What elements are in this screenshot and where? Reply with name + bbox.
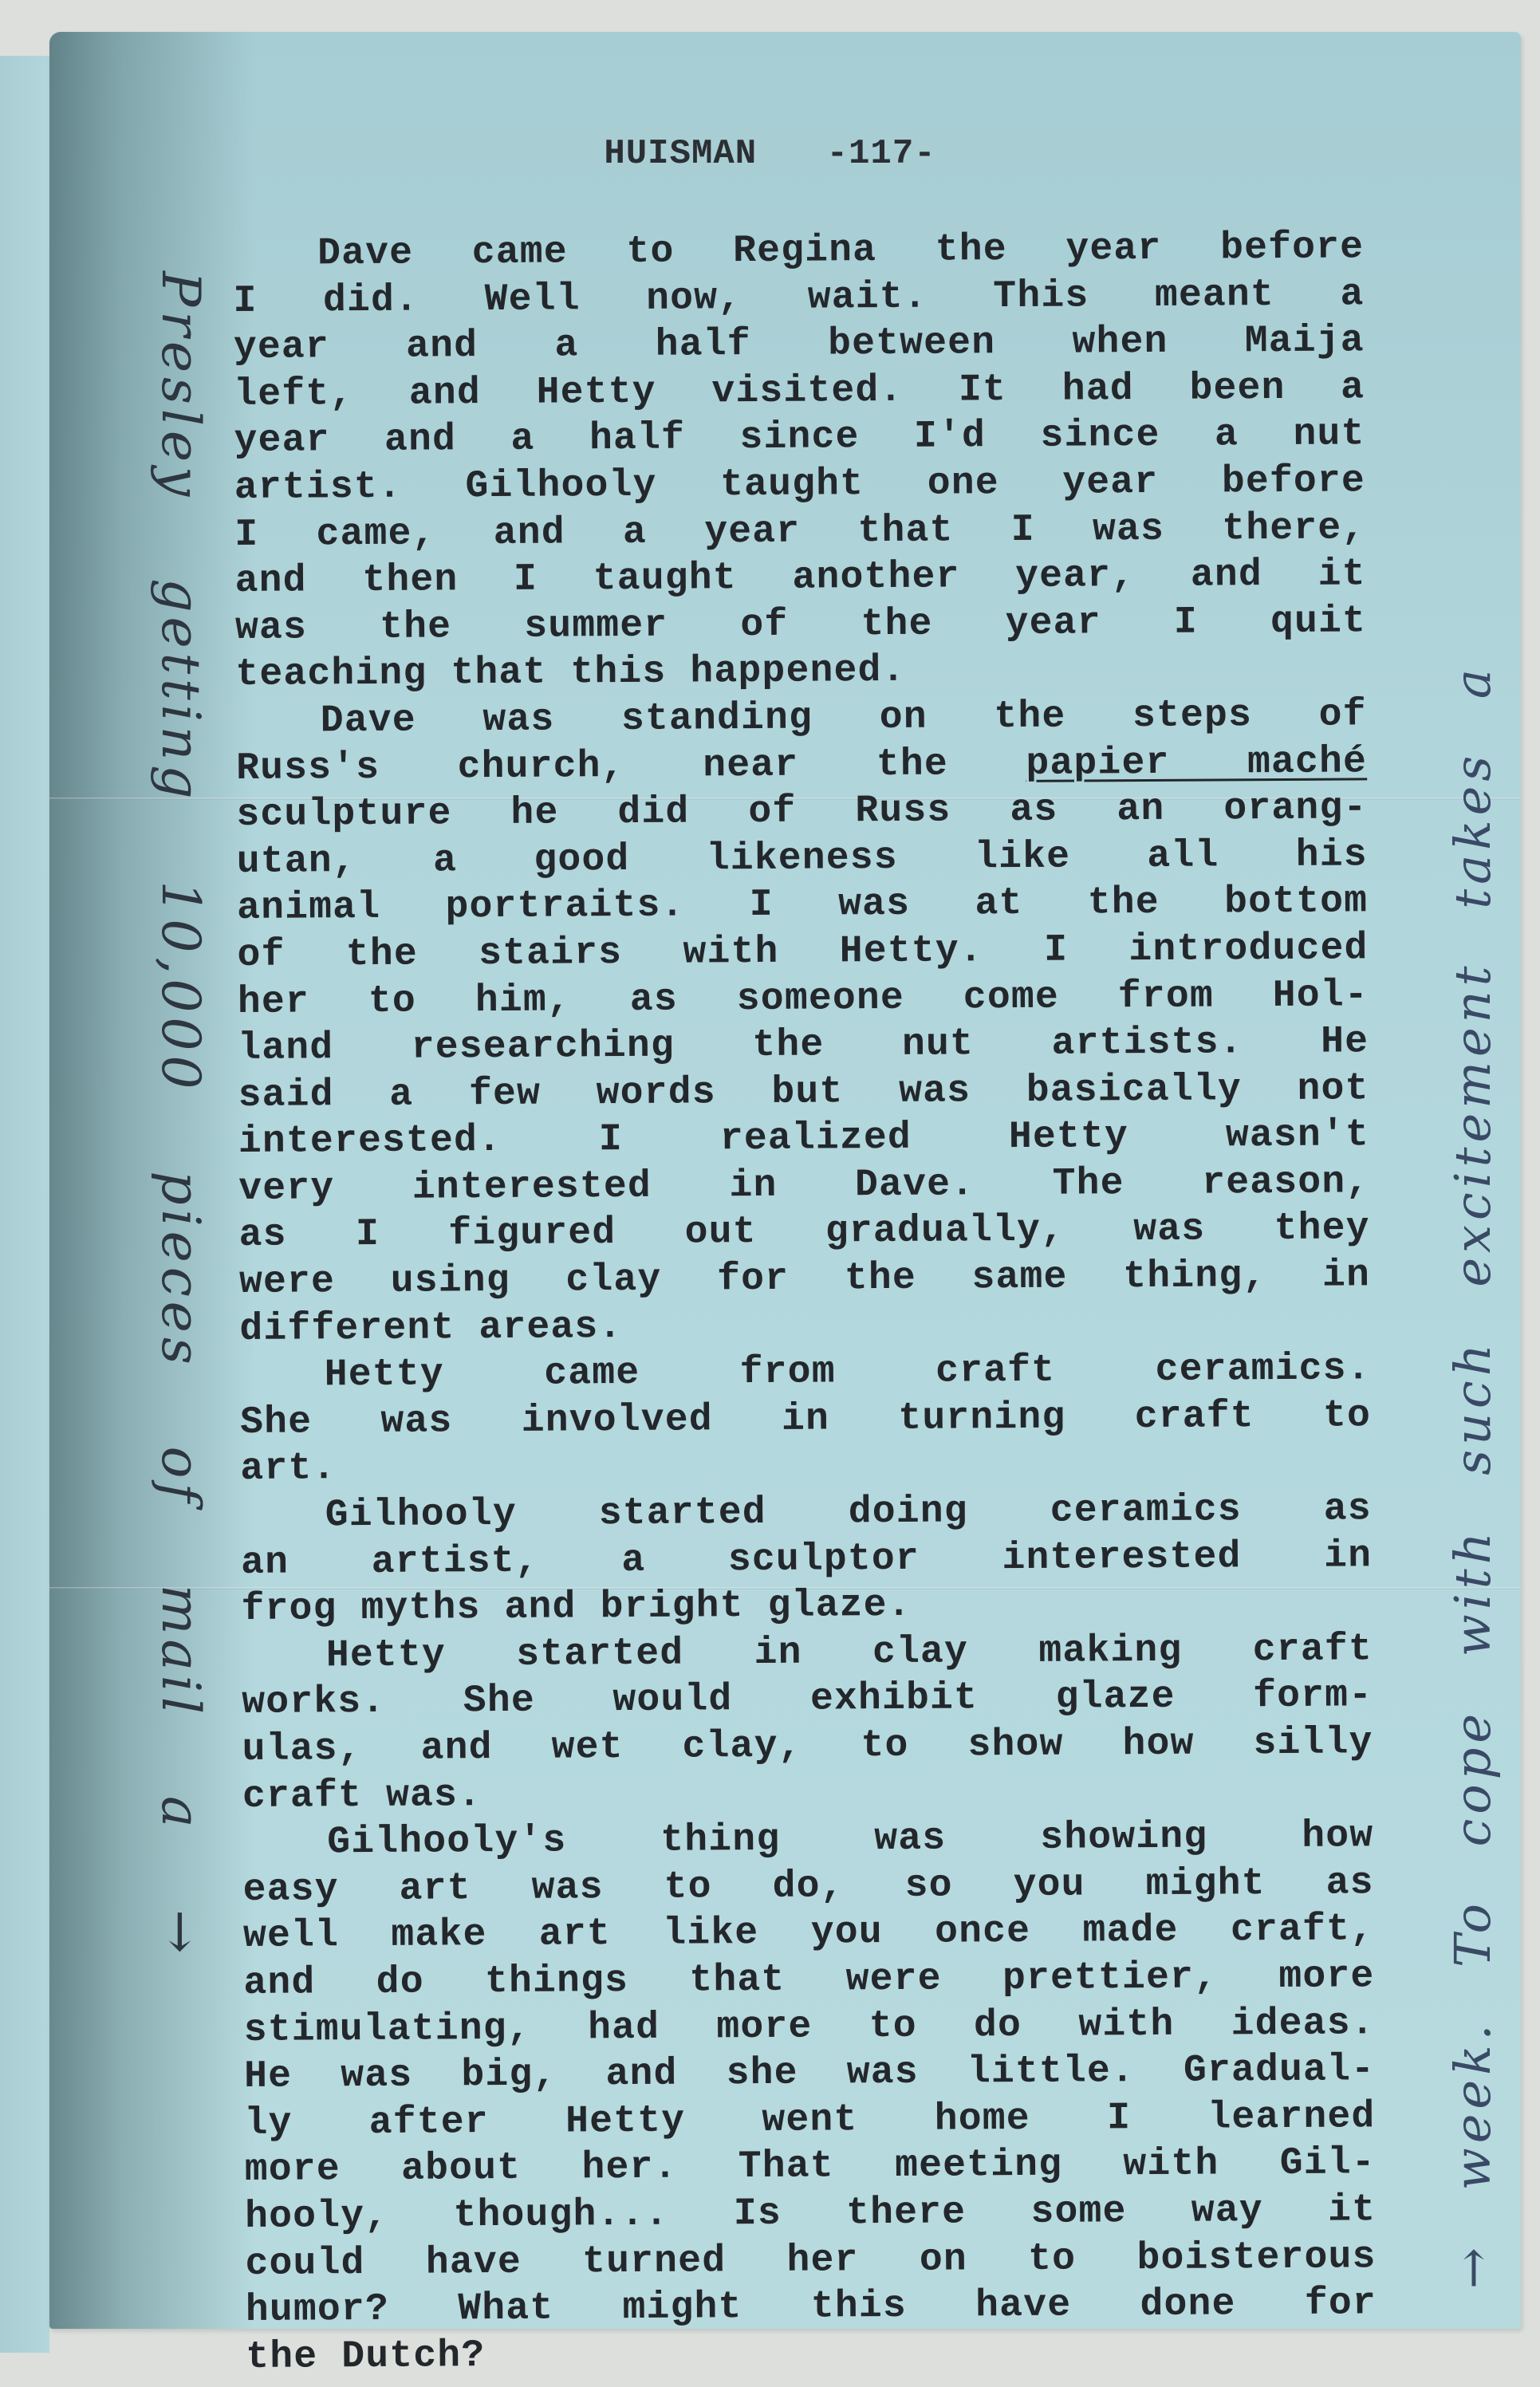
text-line: interested. I realized Hetty wasn't [238,1113,1369,1166]
header-page-number: -117- [827,134,936,174]
text-line: hooly, though... Is there some way it [245,2187,1376,2240]
text-line: He was big, and she was little. Gradual- [244,2046,1375,2100]
text-line: Dave was standing on the steps of [236,691,1367,745]
handwritten-note-left: Presley getting 10,000 pieces of mail a … [150,271,211,1959]
handwritten-note-right: → week. To cope with such excitement tak… [1444,664,1502,2289]
text-line: ly after Hetty went home I learned [244,2094,1375,2147]
text-line: I did. Well now, wait. This meant a [233,271,1364,325]
text-line: could have turned her on to boisterous [245,2234,1376,2287]
text-line: Gilhooly started doing ceramics as [241,1486,1372,1539]
text-line: well make art like you once made craft, [243,1907,1374,1960]
text-line: teaching that this happened. [235,645,1366,699]
previous-page-edge [0,56,49,2353]
text-line: and do things that were prettier, more [243,1953,1374,2007]
text-line: of the stairs with Hetty. I introduced [237,925,1368,979]
text-line: different areas. [239,1299,1370,1353]
text-line: Hetty came from craft ceramics. [240,1346,1371,1400]
text-line: works. She would exhibit glaze form- [242,1673,1373,1727]
text-line: land researching the nut artists. He [238,1018,1369,1072]
text-line: frog myths and bright glaze. [241,1580,1372,1633]
text-line: was the summer of the year I quit [235,598,1366,652]
text-line: very interested in Dave. The reason, [238,1159,1369,1212]
text-line: I came, and a year that I was there, [234,505,1365,558]
page-header: HUISMAN -117- [0,134,1540,174]
text-line: left, and Hetty visited. It had been a [234,364,1365,418]
text-line: said a few words but was basically not [238,1065,1369,1119]
text-line: year and a half between when Maija [234,318,1365,372]
text-line: craft was. [242,1767,1373,1820]
text-line: and then I taught another year, and it [235,551,1366,605]
text-line: utan, a good likeness like all his [237,832,1368,885]
text-line: Dave came to Regina the year before [233,224,1364,278]
text-line: the Dutch? [246,2327,1377,2381]
text-line: year and a half since I'd since a nut [234,412,1365,465]
text-line: She was involved in turning craft to [240,1392,1371,1446]
text-line: more about her. That meeting with Gil- [245,2141,1376,2194]
text-line: were using clay for the same thing, in [239,1252,1370,1306]
text-line: stimulating, had more to do with ideas. [244,2000,1375,2054]
text-line: as I figured out gradually, was they [239,1206,1370,1259]
text-line: an artist, a sculptor interested in [241,1533,1372,1586]
text-line: ulas, and wet clay, to show how silly [242,1719,1373,1773]
text-line: art. [240,1440,1371,1493]
text-line: Gilhooly's thing was showing how [242,1813,1373,1866]
text-line: easy art was to do, so you might as [243,1860,1374,1913]
text-line: artist. Gilhooly taught one year before [234,458,1365,511]
header-author: HUISMAN [604,134,757,174]
text-line: Russ's church, near the papier maché [236,739,1367,792]
text-line: animal portraits. I was at the bottom [237,879,1368,932]
typed-body: Dave came to Regina the year beforeI did… [233,224,1377,2381]
underlined-phrase: papier maché [1026,740,1367,786]
text-line: humor? What might this have done for [246,2280,1377,2334]
text-line: her to him, as someone come from Hol- [238,972,1369,1026]
text-line: sculpture he did of Russ as an orang- [236,785,1367,838]
text-line: Hetty started in clay making craft [242,1626,1373,1680]
